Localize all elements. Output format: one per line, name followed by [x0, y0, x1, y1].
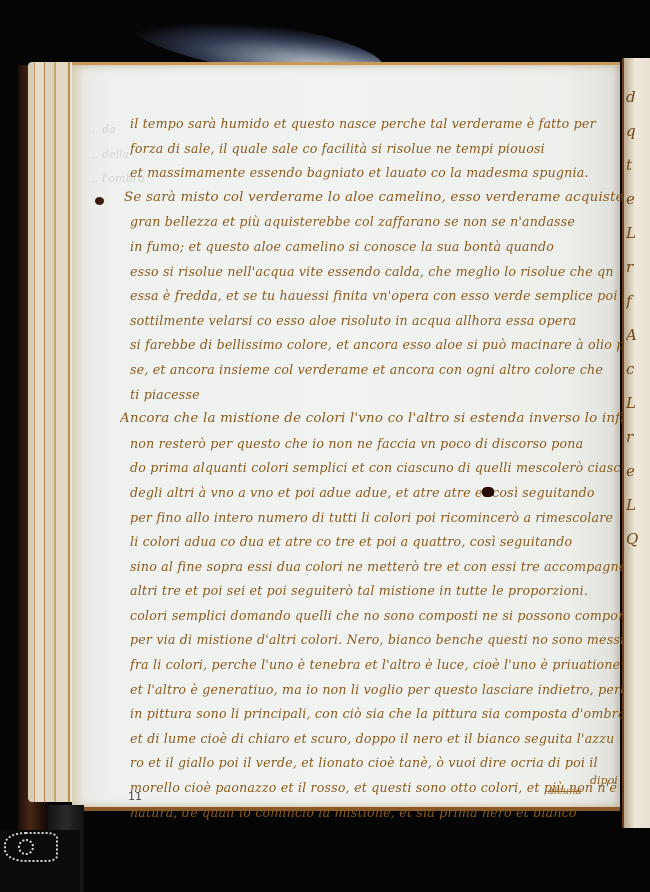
struck-out-word: alcuna: [548, 786, 582, 797]
page-edges-stack: [28, 62, 78, 802]
text-line: in pittura sono li principali, con ciò s…: [130, 702, 622, 727]
text-line: si farebbe di bellissimo colore, et anco…: [130, 333, 622, 358]
text-line: gran bellezza et più aquisterebbe col za…: [130, 210, 622, 235]
text-line: colori semplici domando quelli che no so…: [130, 604, 622, 629]
facing-fragment: t: [626, 148, 650, 182]
text-line: per via di mistione d'altri colori. Nero…: [130, 628, 622, 653]
text-line: do prima alquanti colori semplici et con…: [130, 456, 622, 481]
facing-fragment: r: [626, 250, 650, 284]
facing-fragment: r: [626, 420, 650, 454]
folio-mark: 11: [128, 790, 142, 803]
text-line: sottilmente velarsi co esso aloe risolut…: [130, 309, 622, 334]
catchword: dipoi: [590, 774, 618, 787]
facing-fragment: f: [626, 284, 650, 318]
facing-page-text-fragments: d q t e L r f A c L r e L Q: [626, 80, 650, 780]
facing-fragment: d: [626, 80, 650, 114]
clasp-ornament-icon: [4, 832, 58, 862]
text-line-paragraph-start: Ancora che la mistione de colori l'vno c…: [120, 407, 622, 432]
text-line: il tempo sarà humido et questo nasce per…: [130, 112, 622, 137]
text-line: esso si risolue nell'acqua vite essendo …: [130, 260, 622, 285]
handwritten-text-block: il tempo sarà humido et questo nasce per…: [130, 112, 622, 825]
text-line: in fumo; et questo aloe camelino si cono…: [130, 235, 622, 260]
text-line: li colori adua co dua et atre co tre et …: [130, 530, 622, 555]
facing-fragment: c: [626, 352, 650, 386]
text-line: et massimamente essendo bagniato et laua…: [130, 161, 622, 186]
text-line-paragraph-start: Se sarà misto col verderame lo aloe came…: [124, 186, 622, 211]
text-line: forza di sale, il quale sale co facilità…: [130, 137, 622, 162]
margin-ink-dot: [95, 197, 104, 205]
facing-fragment: q: [626, 114, 650, 148]
text-line: degli altri à vno a vno et poi adue adue…: [130, 481, 622, 506]
text-line: fra li colori, perche l'uno è tenebra et…: [130, 653, 622, 678]
text-line: ro et il giallo poi il verde, et lionato…: [130, 751, 622, 776]
text-line: et di lume cioè di chiaro et scuro, dopp…: [130, 727, 622, 752]
text-line: sino al fine sopra essi dua colori ne me…: [130, 555, 622, 580]
text-line: et l'altro è generatiuo, ma io non li vo…: [130, 678, 622, 703]
facing-fragment: e: [626, 454, 650, 488]
text-line: ti piacesse: [130, 383, 622, 408]
facing-fragment: Q: [626, 522, 650, 556]
text-line: se, et ancora insieme col verderame et a…: [130, 358, 622, 383]
facing-fragment: L: [626, 216, 650, 250]
text-line: natura, de quali io comincio la mistione…: [130, 801, 622, 826]
text-line: non resterò per questo che io non ne fac…: [130, 432, 622, 457]
facing-fragment: L: [626, 386, 650, 420]
facing-fragment: L: [626, 488, 650, 522]
text-line: per fino allo intero numero di tutti li …: [130, 506, 622, 531]
ink-blot: [482, 487, 494, 497]
text-line: essa è fredda, et se tu hauessi finita v…: [130, 284, 622, 309]
facing-fragment: A: [626, 318, 650, 352]
text-line: altri tre et poi sei et poi seguiterò ta…: [130, 579, 622, 604]
facing-fragment: e: [626, 182, 650, 216]
